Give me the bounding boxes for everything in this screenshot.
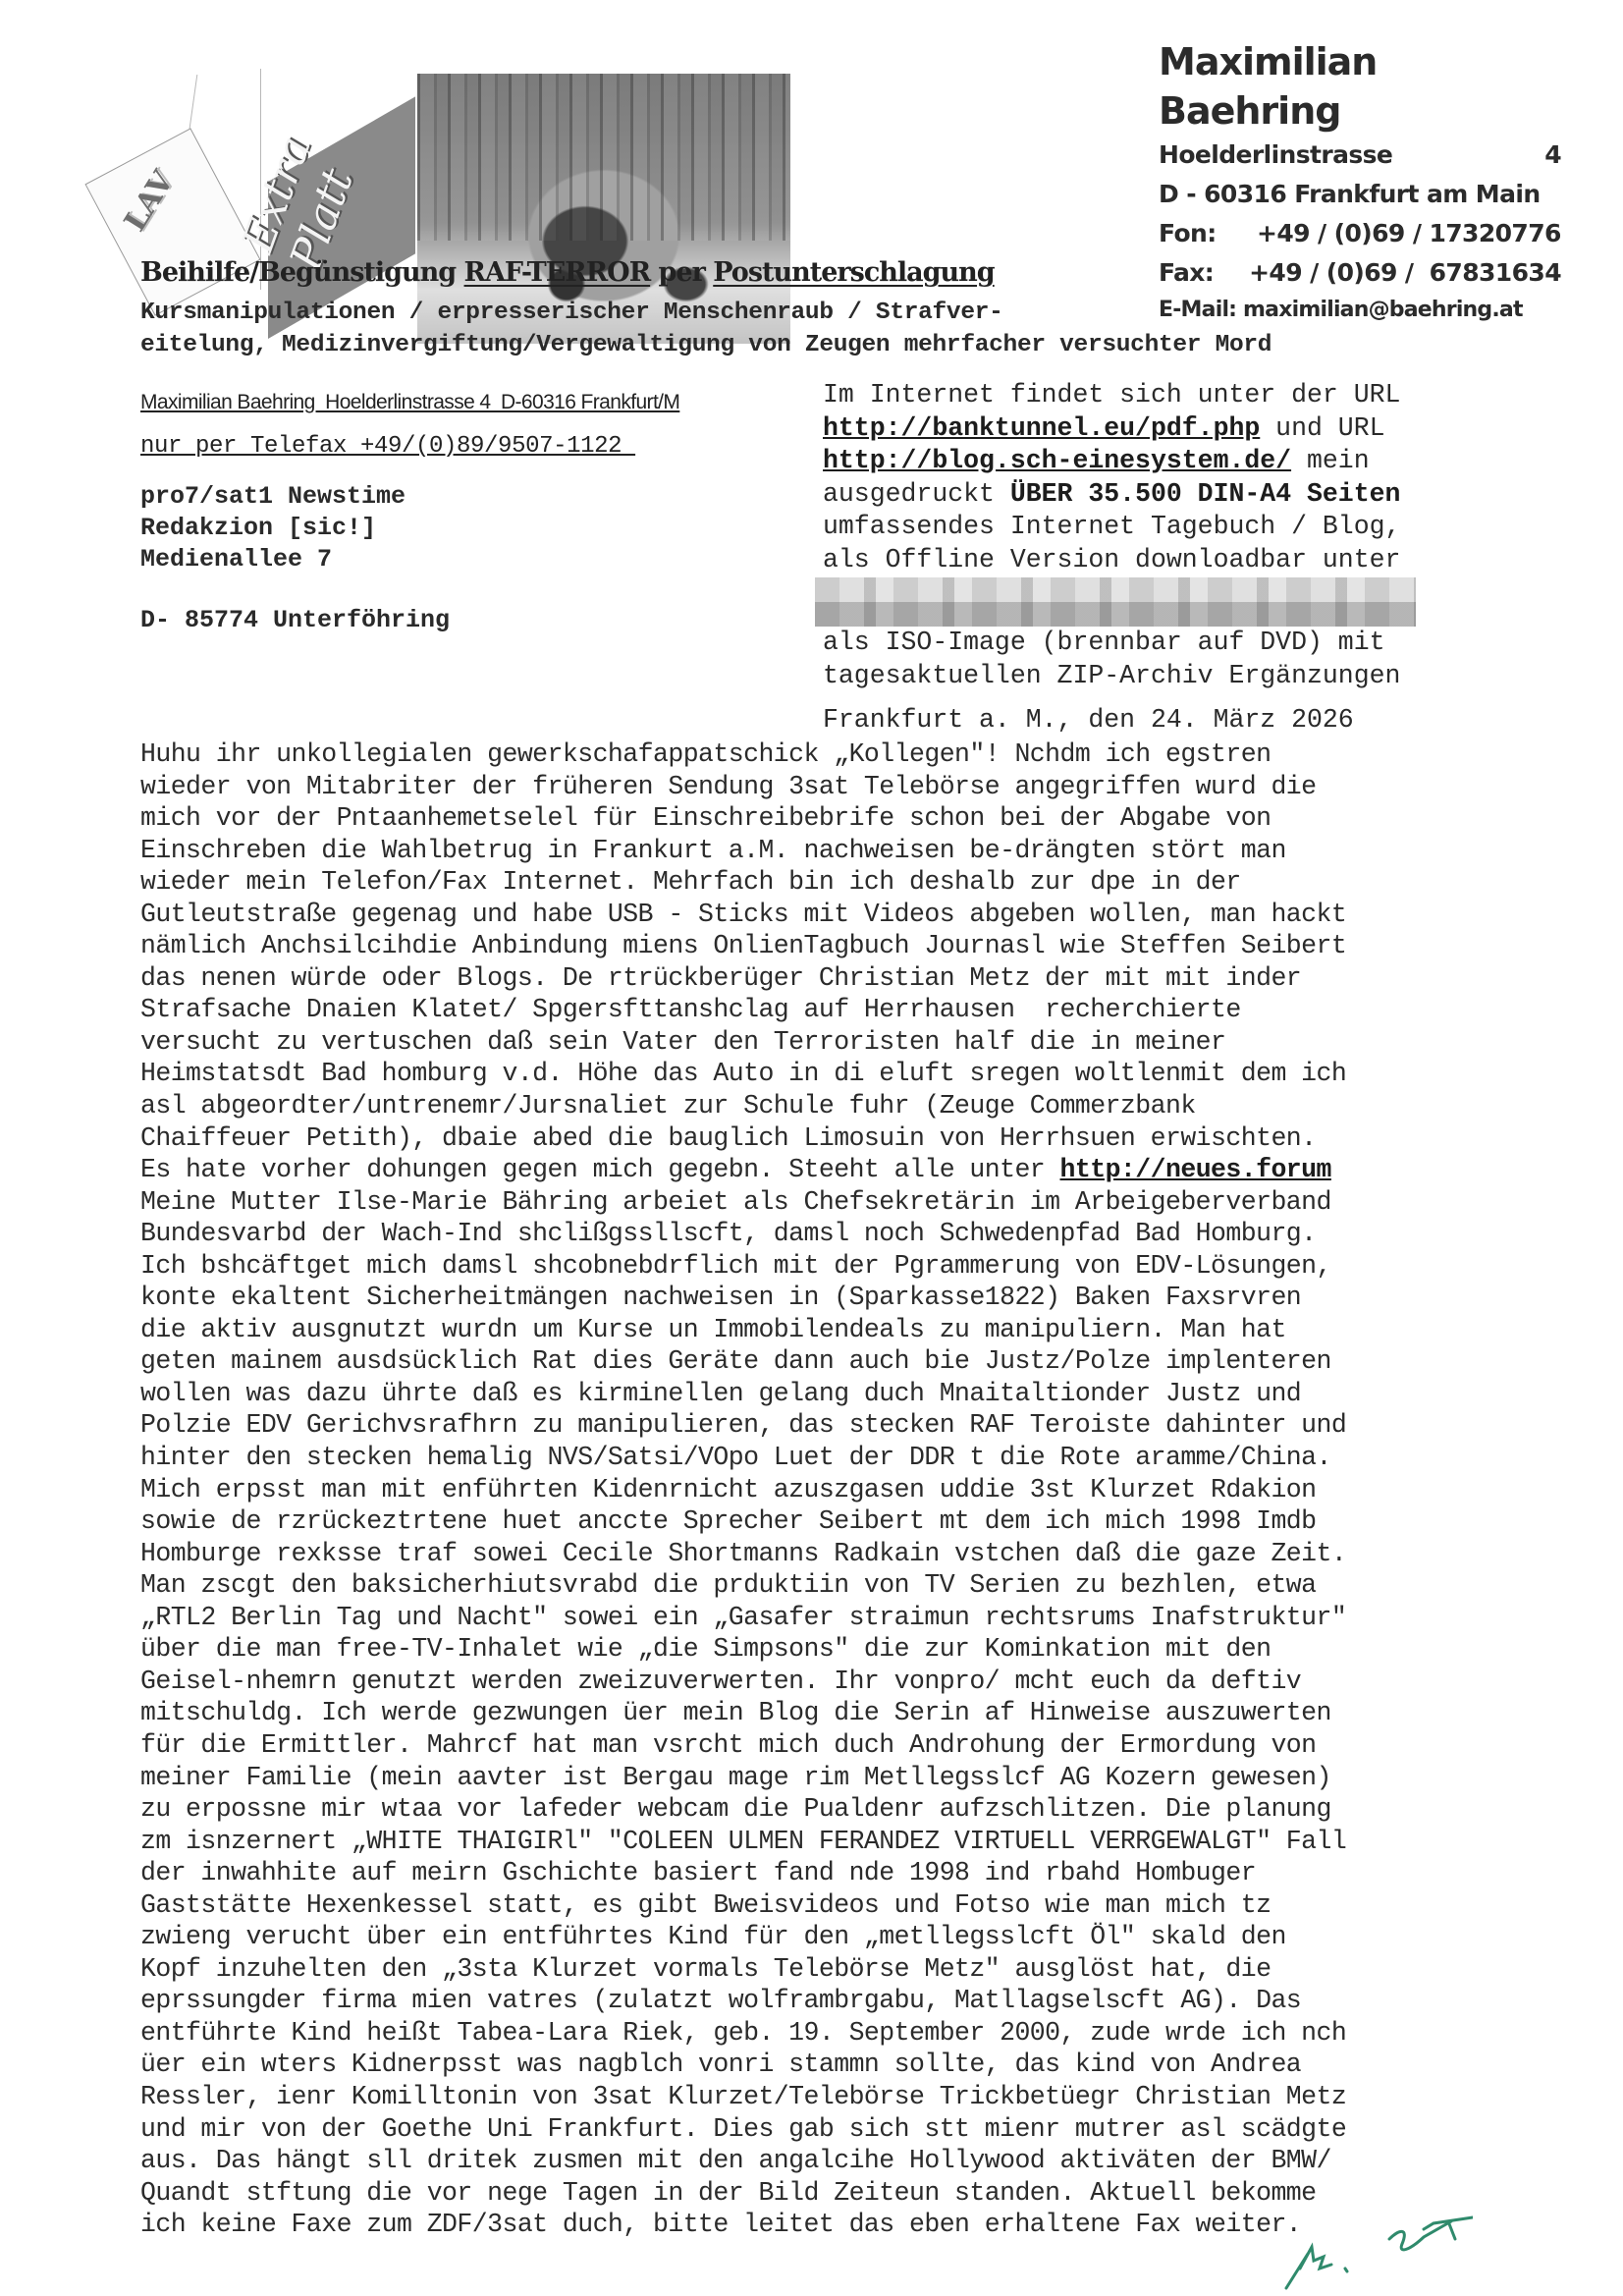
info-line-8: tagesaktuellen ZIP-Archiv Ergänzungen (823, 660, 1490, 693)
spacer (140, 575, 450, 605)
letter-body: Huhu ihr unkollegialen gewerkschafappats… (140, 738, 1515, 2241)
body-line: über die man free-TV-Inhalet wie „die Si… (140, 1633, 1515, 1666)
body-line-text: konte ekaltent Sicherheitmängen nachweis… (140, 1283, 1301, 1312)
body-line: asl abgeordter/untrenemr/Jursnaliet zur … (140, 1090, 1515, 1122)
header-banner: LAV Extra Platt (93, 54, 800, 290)
blog-link[interactable]: http://blog.sch-einesystem.de/ (823, 446, 1291, 475)
body-line-text: Huhu ihr unkollegialen gewerkschafappats… (140, 739, 1271, 769)
body-line-text: sowie de rzrückeztrtene huet anccte Spre… (140, 1506, 1317, 1536)
lav-logo-text: LAV (119, 137, 199, 238)
body-line-text: wieder mein Telefon/Fax Internet. Mehrfa… (140, 867, 1241, 897)
body-line: meiner Familie (mein aavter ist Bergau m… (140, 1762, 1515, 1794)
letterhead-street: Hoelderlinstrasse (1159, 136, 1392, 175)
recipient-address: pro7/sat1 Newstime Redakzion [sic!] Medi… (140, 481, 450, 636)
body-line: der inwahhite auf meirn Gschichte basier… (140, 1857, 1515, 1889)
info-line-7: als ISO-Image (brennbar auf DVD) mit (823, 627, 1490, 660)
body-line: Mich erpsst man mit enführten Kidenrnich… (140, 1474, 1515, 1506)
body-line-text: entführte Kind heißt Tabea-Lara Riek, ge… (140, 2018, 1346, 2048)
body-line: Chaiffeuer Petith), dbaie abed die baugl… (140, 1122, 1515, 1155)
recipient-line-4: D- 85774 Unterföhring (140, 605, 450, 636)
body-line: Geisel-nhemrn genutzt werden zweizuverwe… (140, 1666, 1515, 1698)
body-line: Huhu ihr unkollegialen gewerkschafappats… (140, 738, 1515, 771)
letterhead-phone-row: Fon: +49 / (0)69 / 17320776 (1159, 214, 1561, 253)
body-line: das nenen würde oder Blogs. De rtrückber… (140, 962, 1515, 995)
body-line: sowie de rzrückeztrtene huet anccte Spre… (140, 1505, 1515, 1538)
letterhead-name: Maximilian Baehring (1159, 37, 1561, 136)
body-line: mitschuldg. Ich werde gezwungen üer mein… (140, 1697, 1515, 1729)
body-line: die aktiv ausgnutzt wurdn um Kurse un Im… (140, 1314, 1515, 1346)
body-line-text: das nenen würde oder Blogs. De rtrückber… (140, 963, 1301, 993)
body-line: wollen was dazu ührte daß es kirminellen… (140, 1378, 1515, 1410)
body-line-text: der inwahhite auf meirn Gschichte basier… (140, 1858, 1256, 1887)
subheadline-line-1: Kursmanipulationen / erpresserischer Men… (140, 300, 1495, 326)
body-line-text: Strafsache Dnaien Klatet/ Spgersfttanshc… (140, 995, 1241, 1024)
body-line-text: Einschreben die Wahlbetrug in Frankurt a… (140, 836, 1286, 865)
letterhead: Maximilian Baehring Hoelderlinstrasse 4 … (1159, 37, 1561, 328)
redacted-url (815, 577, 1416, 627)
body-line: Kopf inzuhelten den „3sta Klurzet vormal… (140, 1953, 1515, 1986)
headline-postunterschlagung: Postunterschlagung (713, 257, 994, 288)
body-line-text: hinter den stecken hemalig NVS/Satsi/VOp… (140, 1443, 1331, 1472)
fax-number: +49 / (0)69 / 67831634 (1249, 253, 1561, 293)
body-line: Homburge rexksse traf sowei Cecile Short… (140, 1538, 1515, 1570)
headline-raf-terror: RAF-TERROR (464, 257, 651, 288)
headline-part-3: per (650, 257, 713, 288)
body-line: zu erpossne mir wtaa vor lafeder webcam … (140, 1793, 1515, 1826)
letterhead-city: D - 60316 Frankfurt am Main (1159, 175, 1561, 214)
body-line: Man zscgt den baksicherhiutsvrabd die pr… (140, 1569, 1515, 1602)
body-line: Bundesvarbd der Wach-Ind shclißgssllscft… (140, 1218, 1515, 1250)
body-line: „RTL2 Berlin Tag und Nacht" sowei ein „G… (140, 1602, 1515, 1634)
subheadline-line-2: eitelung, Medizinvergiftung/Vergewaltigu… (140, 332, 1495, 358)
body-line: aus. Das hängt sll dritek zusmen mit den… (140, 2145, 1515, 2177)
info-line-3-rest: mein (1291, 446, 1370, 475)
banktunnel-link[interactable]: http://banktunnel.eu/pdf.php (823, 413, 1260, 443)
body-line: nämlich Anchsilcihdie Anbindung miens On… (140, 930, 1515, 962)
body-line: entführte Kind heißt Tabea-Lara Riek, ge… (140, 2017, 1515, 2050)
body-line-text: Polzie EDV Gerichvsrafhrn zu manipuliere… (140, 1410, 1346, 1440)
body-line-text: Quandt stftung die vor nege Tagen in der… (140, 2178, 1317, 2208)
body-line-text: asl abgeordter/untrenemr/Jursnaliet zur … (140, 1091, 1196, 1121)
body-line: üer ein wters Kidnerpsst was nagblch von… (140, 2049, 1515, 2081)
letterhead-street-row: Hoelderlinstrasse 4 (1159, 136, 1561, 175)
body-line-text: wollen was dazu ührte daß es kirminellen… (140, 1379, 1301, 1408)
body-line: Ich bshcäftget mich damsl shcobnebdrflic… (140, 1250, 1515, 1283)
body-line-text: üer ein wters Kidnerpsst was nagblch von… (140, 2050, 1301, 2079)
body-line-text: Gaststätte Hexenkessel statt, es gibt Bw… (140, 1890, 1271, 1920)
body-line: und mir von der Goethe Uni Frankfurt. Di… (140, 2113, 1515, 2146)
body-line: Polzie EDV Gerichvsrafhrn zu manipuliere… (140, 1409, 1515, 1442)
info-line-1: Im Internet findet sich unter der URL (823, 379, 1490, 412)
body-line: hinter den stecken hemalig NVS/Satsi/VOp… (140, 1442, 1515, 1474)
body-line-text: Man zscgt den baksicherhiutsvrabd die pr… (140, 1570, 1317, 1600)
body-line-text: Kopf inzuhelten den „3sta Klurzet vormal… (140, 1954, 1271, 1984)
body-line-text: Gutleutstraße gegenag und habe USB - Sti… (140, 900, 1346, 929)
body-line: geten mainem ausdsücklich Rat dies Gerät… (140, 1345, 1515, 1378)
neues-forum-link[interactable]: http://neues.forum (1060, 1155, 1331, 1184)
phone-number: +49 / (0)69 / 17320776 (1257, 214, 1561, 253)
body-line-text: mitschuldg. Ich werde gezwungen üer mein… (140, 1698, 1331, 1727)
body-line: Strafsache Dnaien Klatet/ Spgersfttanshc… (140, 994, 1515, 1026)
body-line-text: Meine Mutter Ilse-Marie Bähring arbeiet … (140, 1187, 1331, 1217)
body-line: Ressler, ienr Komilltonin von 3sat Klurz… (140, 2081, 1515, 2113)
info-line-4-start: ausgedruckt (823, 479, 1010, 509)
phone-label: Fon: (1159, 214, 1257, 253)
body-line: Heimstatsdt Bad homburg v.d. Höhe das Au… (140, 1058, 1515, 1090)
body-line-text: geten mainem ausdsücklich Rat dies Gerät… (140, 1346, 1331, 1376)
fax-label: Fax: (1159, 253, 1249, 293)
body-line-text: mich vor der Pntaanhemetselel für Einsch… (140, 803, 1271, 833)
body-line-text: und mir von der Goethe Uni Frankfurt. Di… (140, 2114, 1346, 2144)
body-line: zm isnzernert „WHITE THAIGIRl" "COLEEN U… (140, 1826, 1515, 1858)
body-line: wieder von Mitabriter der früheren Sendu… (140, 771, 1515, 803)
body-line: konte ekaltent Sicherheitmängen nachweis… (140, 1282, 1515, 1314)
body-line-text: versucht zu vertuschen daß sein Vater de… (140, 1027, 1225, 1057)
photo-texture (417, 74, 790, 241)
body-line-text: aus. Das hängt sll dritek zusmen mit den… (140, 2146, 1331, 2175)
body-line: wieder mein Telefon/Fax Internet. Mehrfa… (140, 866, 1515, 899)
info-line-4: ausgedruckt ÜBER 35.500 DIN-A4 Seiten (823, 478, 1490, 512)
body-line-text: „RTL2 Berlin Tag und Nacht" sowei ein „G… (140, 1603, 1346, 1632)
body-line-text: ich keine Faxe zum ZDF/3sat duch, bitte … (140, 2210, 1301, 2239)
headline: Beihilfe/Begünstigung RAF-TERROR per Pos… (140, 257, 995, 288)
body-line-text: Mich erpsst man mit enführten Kidenrnich… (140, 1475, 1317, 1504)
body-line-text: zu erpossne mir wtaa vor lafeder webcam … (140, 1794, 1331, 1824)
fax-only-line: nur per Telefax +49/(0)89/9507-1122 (140, 433, 635, 460)
body-line: Gutleutstraße gegenag und habe USB - Sti… (140, 899, 1515, 931)
letterhead-house-number: 4 (1544, 136, 1561, 175)
info-line-5: umfassendes Internet Tagebuch / Blog, (823, 511, 1490, 544)
body-line-text: die aktiv ausgnutzt wurdn um Kurse un Im… (140, 1315, 1286, 1344)
info-line-2-rest: und URL (1260, 413, 1384, 443)
info-line-6: als Offline Version downloadbar unter (823, 544, 1490, 577)
body-line-text: meiner Familie (mein aavter ist Bergau m… (140, 1763, 1331, 1792)
recipient-line-1: pro7/sat1 Newstime (140, 481, 450, 513)
body-line-text: wieder von Mitabriter der früheren Sendu… (140, 772, 1317, 801)
body-line-text: zm isnzernert „WHITE THAIGIRl" "COLEEN U… (140, 1827, 1346, 1856)
body-line-text: zwieng verucht über ein entführtes Kind … (140, 1922, 1286, 1951)
info-line-2: http://banktunnel.eu/pdf.php und URL (823, 412, 1490, 446)
body-line-text: Homburge rexksse traf sowei Cecile Short… (140, 1539, 1346, 1568)
body-line: zwieng verucht über ein entführtes Kind … (140, 1921, 1515, 1953)
info-block: Im Internet findet sich unter der URL ht… (823, 379, 1490, 738)
body-line-text: Es hate vorher dohungen gegen mich gegeb… (140, 1155, 1060, 1184)
page-count-highlight: ÜBER 35.500 DIN-A4 Seiten (1010, 479, 1401, 509)
recipient-line-3: Medienallee 7 (140, 544, 450, 575)
body-line: Es hate vorher dohungen gegen mich gegeb… (140, 1154, 1515, 1186)
body-line: mich vor der Pntaanhemetselel für Einsch… (140, 802, 1515, 835)
place-and-date: Frankfurt a. M., den 24. März 2026 (823, 704, 1490, 738)
body-line-text: Chaiffeuer Petith), dbaie abed die baugl… (140, 1123, 1317, 1153)
body-line-text: Ich bshcäftget mich damsl shcobnebdrflic… (140, 1251, 1331, 1281)
body-line: versucht zu vertuschen daß sein Vater de… (140, 1026, 1515, 1059)
info-line-3: http://blog.sch-einesystem.de/ mein (823, 445, 1490, 478)
body-line: für die Ermittler. Mahrcf hat man vsrcht… (140, 1729, 1515, 1762)
body-line-text: eprssungder firma mien vatres (zulatzt w… (140, 1986, 1301, 2015)
body-line: Meine Mutter Ilse-Marie Bähring arbeiet … (140, 1186, 1515, 1219)
handwritten-signature (1276, 2200, 1473, 2296)
body-line-text: Ressler, ienr Komilltonin von 3sat Klurz… (140, 2082, 1346, 2111)
sender-return-line: Maximilian Baehring Hoelderlinstrasse 4 … (140, 391, 679, 414)
body-line-text: Geisel-nhemrn genutzt werden zweizuverwe… (140, 1667, 1301, 1696)
recipient-line-2: Redakzion [sic!] (140, 513, 450, 544)
body-line-text: Heimstatsdt Bad homburg v.d. Höhe das Au… (140, 1059, 1346, 1088)
body-line: Einschreben die Wahlbetrug in Frankurt a… (140, 835, 1515, 867)
body-line: eprssungder firma mien vatres (zulatzt w… (140, 1985, 1515, 2017)
body-line-text: nämlich Anchsilcihdie Anbindung miens On… (140, 931, 1346, 960)
body-line-text: Bundesvarbd der Wach-Ind shclißgssllscft… (140, 1219, 1317, 1248)
body-line: Gaststätte Hexenkessel statt, es gibt Bw… (140, 1889, 1515, 1922)
headline-part-1: Beihilfe/Begünstigung (140, 257, 464, 288)
body-line-text: für die Ermittler. Mahrcf hat man vsrcht… (140, 1730, 1317, 1760)
lav-logo: LAV (84, 128, 260, 315)
letterhead-fax-row: Fax: +49 / (0)69 / 67831634 (1159, 253, 1561, 293)
body-line-text: über die man free-TV-Inhalet wie „die Si… (140, 1634, 1271, 1664)
